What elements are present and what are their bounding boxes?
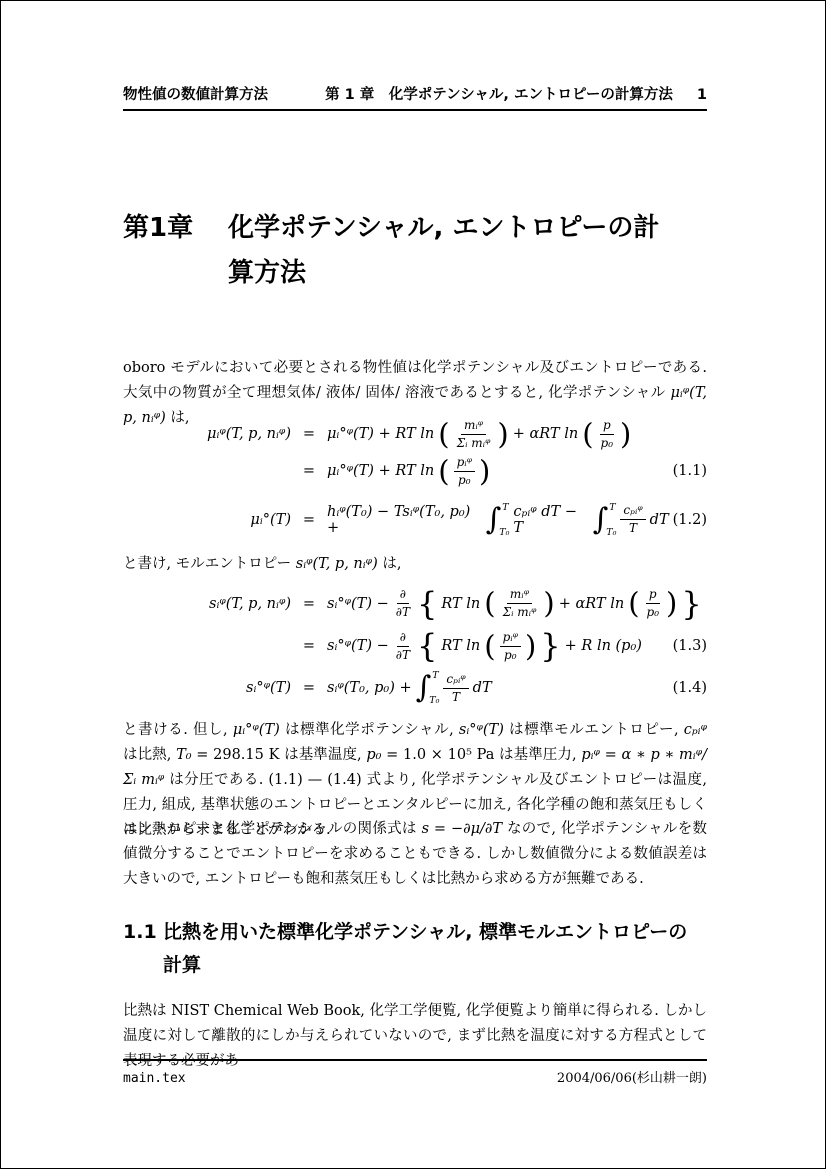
fraction-p-over-p0: pp₀ (598, 418, 617, 451)
eq13-term6: + R ln (p₀) (565, 638, 642, 654)
fraction-denominator: T (626, 520, 640, 536)
integral-limits: TT₀ (432, 670, 439, 706)
header-doc-title: 物性値の数値計算方法 (123, 83, 268, 104)
integral-T0-T: ∫TT₀ (593, 502, 617, 538)
eq12-lhs: μᵢ°(T) (123, 512, 291, 528)
fraction-pi-over-p0: pᵢᵠp₀ (454, 455, 475, 488)
fraction-numerator: mᵢᵠ (507, 587, 532, 604)
page-footer: main.tex 2004/06/06(杉山耕一朗) (123, 1059, 707, 1086)
fraction-m-over-sum-m: mᵢᵠΣᵢ mᵢᵠ (500, 587, 540, 620)
inline-math: sᵢ°ᵠ(T) (459, 722, 504, 738)
integral-T0-T: ∫TT₀ (486, 502, 510, 538)
fraction-numerator: ∂ (397, 630, 409, 647)
fraction-numerator: mᵢᵠ (461, 418, 486, 435)
equals-sign: = (291, 638, 327, 654)
document-page: 物性値の数値計算方法 第 1 章 化学ポテンシャル, エントロピーの計算方法 1… (0, 0, 826, 1169)
header-chapter-title: 第 1 章 化学ポテンシャル, エントロピーの計算方法 (325, 83, 673, 104)
integral-lower: T₀ (606, 527, 616, 538)
text-run: エントロピーと化学ポテンシャルの関係式は (123, 821, 422, 837)
left-paren: ( (582, 420, 593, 449)
left-brace: { (417, 630, 437, 662)
text-run: と書ける. 但し, (123, 722, 233, 738)
fraction-numerator: cₚᵢᵠ (443, 672, 468, 689)
text-run: と書け, モルエントロピー (123, 556, 296, 572)
fraction-denominator: ∂T (393, 604, 413, 620)
fraction-p-over-p0: pp₀ (644, 587, 663, 620)
eq12-rhs: hᵢᵠ(T₀) − Tsᵢᵠ(T₀, p₀) + ∫TT₀ cₚᵢᵠ dT − … (327, 502, 673, 538)
eq14-lhs: sᵢ°ᵠ(T) (123, 680, 291, 696)
right-brace: } (540, 630, 560, 662)
integral-limits: TT₀ (502, 502, 509, 538)
text-run: = 298.15 K は基準温度, (192, 747, 367, 763)
inline-math: T₀ (176, 747, 191, 763)
fraction-denominator: p₀ (644, 604, 663, 620)
left-paren: ( (628, 589, 639, 618)
left-paren: ( (438, 457, 449, 486)
section-title: 比熱を用いた標準化学ポテンシャル, 標準モルエントロピーの 計算 (163, 916, 707, 982)
integral-lower: T₀ (499, 527, 509, 538)
left-paren: ( (484, 632, 495, 661)
eq13-term1: sᵢ°ᵠ(T) − (327, 596, 389, 612)
text-run: は標準化学ポテンシャル, (280, 722, 459, 738)
eq13-rhs-line2: sᵢ°ᵠ(T) − ∂∂T { RT ln ( pᵢᵠp₀ ) } + R ln… (327, 630, 673, 663)
fraction-numerator: pᵢᵠ (500, 630, 521, 647)
right-paren: ) (525, 632, 536, 661)
chapter-title-line2: 算方法 (228, 251, 707, 296)
footer-filename: main.tex (123, 1071, 186, 1086)
inline-math-s: sᵢᵠ(T, p, nᵢᵠ) (296, 556, 378, 572)
fraction-denominator: Σᵢ mᵢᵠ (500, 604, 540, 620)
integral-upper: T (502, 502, 509, 513)
equals-sign: = (291, 680, 327, 696)
equation-number-1-3: (1.3) (673, 638, 707, 654)
text-run: は, (378, 556, 402, 572)
fraction-m-over-sum-m: mᵢᵠΣᵢ mᵢᵠ (454, 418, 494, 451)
eq11-term1: μᵢ°ᵠ(T) + RT ln (327, 426, 434, 442)
eq13-term2: RT ln (441, 596, 480, 612)
fraction-cp-over-T: cₚᵢᵠT (443, 672, 468, 705)
eq14-term1: sᵢᵠ(T₀, p₀) + (327, 680, 412, 696)
paragraph-molar-entropy: と書け, モルエントロピー sᵢᵠ(T, p, nᵢᵠ) は, (123, 552, 707, 577)
eq13-term3: + αRT ln (559, 596, 624, 612)
fraction-numerator: cₚᵢᵠ (620, 503, 645, 520)
equation-1-4: sᵢ°ᵠ(T) = sᵢᵠ(T₀, p₀) + ∫TT₀ cₚᵢᵠT dT (1… (123, 665, 707, 711)
right-paren: ) (479, 457, 490, 486)
partial-derivative: ∂∂T (393, 587, 413, 620)
fraction-denominator: ∂T (393, 647, 413, 663)
section-title-line2: 計算 (163, 949, 707, 982)
fraction-denominator: p₀ (501, 647, 520, 663)
section-title-line1: 比熱を用いた標準化学ポテンシャル, 標準モルエントロピーの (163, 916, 707, 949)
eq11-rhs-line2: μᵢ°ᵠ(T) + RT ln ( pᵢᵠp₀ ) (327, 455, 673, 488)
right-paren: ) (497, 420, 508, 449)
integral-upper: T (432, 670, 439, 681)
equation-number-1-4: (1.4) (673, 680, 707, 696)
right-paren: ) (620, 420, 631, 449)
page-number: 1 (697, 87, 707, 103)
eq14-term2: dT (473, 680, 492, 696)
fraction-numerator: p (646, 587, 660, 604)
text-run: = 1.0 × 10⁵ Pa は基準圧力, (381, 747, 581, 763)
chapter-title-line1: 化学ポテンシャル, エントロピーの計 (228, 206, 707, 251)
eq13-term4: sᵢ°ᵠ(T) − (327, 638, 389, 654)
eq12-term1: hᵢᵠ(T₀) − Tsᵢᵠ(T₀, p₀) + (327, 504, 482, 536)
page-header: 物性値の数値計算方法 第 1 章 化学ポテンシャル, エントロピーの計算方法 1 (123, 83, 707, 111)
chapter-number: 第1章 (123, 206, 228, 296)
eq14-rhs: sᵢᵠ(T₀, p₀) + ∫TT₀ cₚᵢᵠT dT (327, 670, 673, 706)
text-run: oboro モデルにおいて必要とされる物性値は化学ポテンシャル及びエントロピーで… (123, 360, 707, 401)
text-run: は標準モルエントロピー, (504, 722, 684, 738)
equals-sign: = (291, 596, 327, 612)
inline-math: p₀ (366, 747, 381, 763)
integral-T0-T: ∫TT₀ (416, 670, 440, 706)
right-paren: ) (666, 589, 677, 618)
eq11-term2: + αRT ln (513, 426, 578, 442)
fraction-numerator: ∂ (397, 587, 409, 604)
equation-number-1-1: (1.1) (673, 463, 707, 479)
fraction-cp-over-T: cₚᵢᵠT (620, 503, 645, 536)
left-paren: ( (484, 589, 495, 618)
eq12-term2: cₚᵢᵠ dT − T (513, 504, 588, 536)
eq13-rhs-line1: sᵢ°ᵠ(T) − ∂∂T { RT ln ( mᵢᵠΣᵢ mᵢᵠ ) + αR… (327, 587, 707, 620)
integral-upper: T (609, 502, 616, 513)
eq13-lhs: sᵢᵠ(T, p, nᵢᵠ) (123, 596, 291, 612)
equals-sign: = (291, 512, 327, 528)
eq12-term3: dT (650, 512, 669, 528)
integral-lower: T₀ (429, 695, 439, 706)
chapter-title: 化学ポテンシャル, エントロピーの計 算方法 (228, 206, 707, 296)
eq11-rhs-line1: μᵢ°ᵠ(T) + RT ln ( mᵢᵠΣᵢ mᵢᵠ ) + αRT ln (… (327, 418, 707, 451)
equation-number-1-2: (1.2) (673, 512, 707, 528)
partial-derivative: ∂∂T (393, 630, 413, 663)
chapter-heading: 第1章 化学ポテンシャル, エントロピーの計 算方法 (123, 206, 707, 296)
section-heading: 1.1 比熱を用いた標準化学ポテンシャル, 標準モルエントロピーの 計算 (123, 916, 707, 982)
equals-sign: = (291, 463, 327, 479)
text-run: は比熱, (123, 747, 176, 763)
eq11-lhs: μᵢᵠ(T, p, nᵢᵠ) (123, 426, 291, 442)
section-number: 1.1 (123, 916, 163, 982)
right-paren: ) (543, 589, 554, 618)
integral-limits: TT₀ (609, 502, 616, 538)
left-paren: ( (438, 420, 449, 449)
fraction-denominator: p₀ (455, 472, 474, 488)
inline-math: s = −∂μ/∂T (422, 821, 503, 837)
footer-date-author: 2004/06/06(杉山耕一朗) (557, 1067, 707, 1086)
fraction-numerator: pᵢᵠ (454, 455, 475, 472)
fraction-numerator: p (600, 418, 614, 435)
inline-math: cₚᵢᵠ (684, 722, 707, 738)
equation-1-2: μᵢ°(T) = hᵢᵠ(T₀) − Tsᵢᵠ(T₀, p₀) + ∫TT₀ c… (123, 497, 707, 542)
equation-1-1-line2: = μᵢ°ᵠ(T) + RT ln ( pᵢᵠp₀ ) (1.1) (123, 449, 707, 493)
left-brace: { (417, 588, 437, 620)
right-brace: } (681, 588, 701, 620)
eq11-term3: μᵢ°ᵠ(T) + RT ln (327, 463, 434, 479)
eq13-term5: RT ln (441, 638, 480, 654)
fraction-denominator: T (449, 689, 463, 705)
equation-1-3-line2: = sᵢ°ᵠ(T) − ∂∂T { RT ln ( pᵢᵠp₀ ) } + R … (123, 621, 707, 671)
equals-sign: = (291, 426, 327, 442)
inline-math: μᵢ°ᵠ(T) (233, 722, 280, 738)
paragraph-entropy-relation: エントロピーと化学ポテンシャルの関係式は s = −∂μ/∂T なので, 化学ポ… (123, 817, 707, 892)
fraction-pi-over-p0: pᵢᵠp₀ (500, 630, 521, 663)
